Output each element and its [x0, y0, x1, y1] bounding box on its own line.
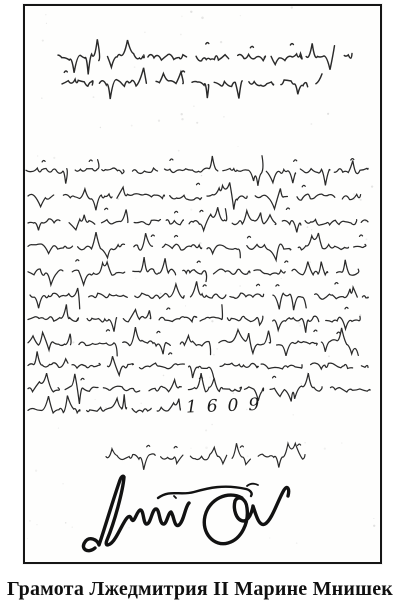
figure-caption: Грамота Лжедмитрия II Марине Мнишек: [0, 577, 400, 601]
scanned-figure: 1609 Грамота Лжедмитрия II Марине Мнишек: [0, 0, 400, 608]
manuscript-date-digits: 1609: [186, 395, 270, 418]
manuscript-page: [23, 4, 382, 564]
